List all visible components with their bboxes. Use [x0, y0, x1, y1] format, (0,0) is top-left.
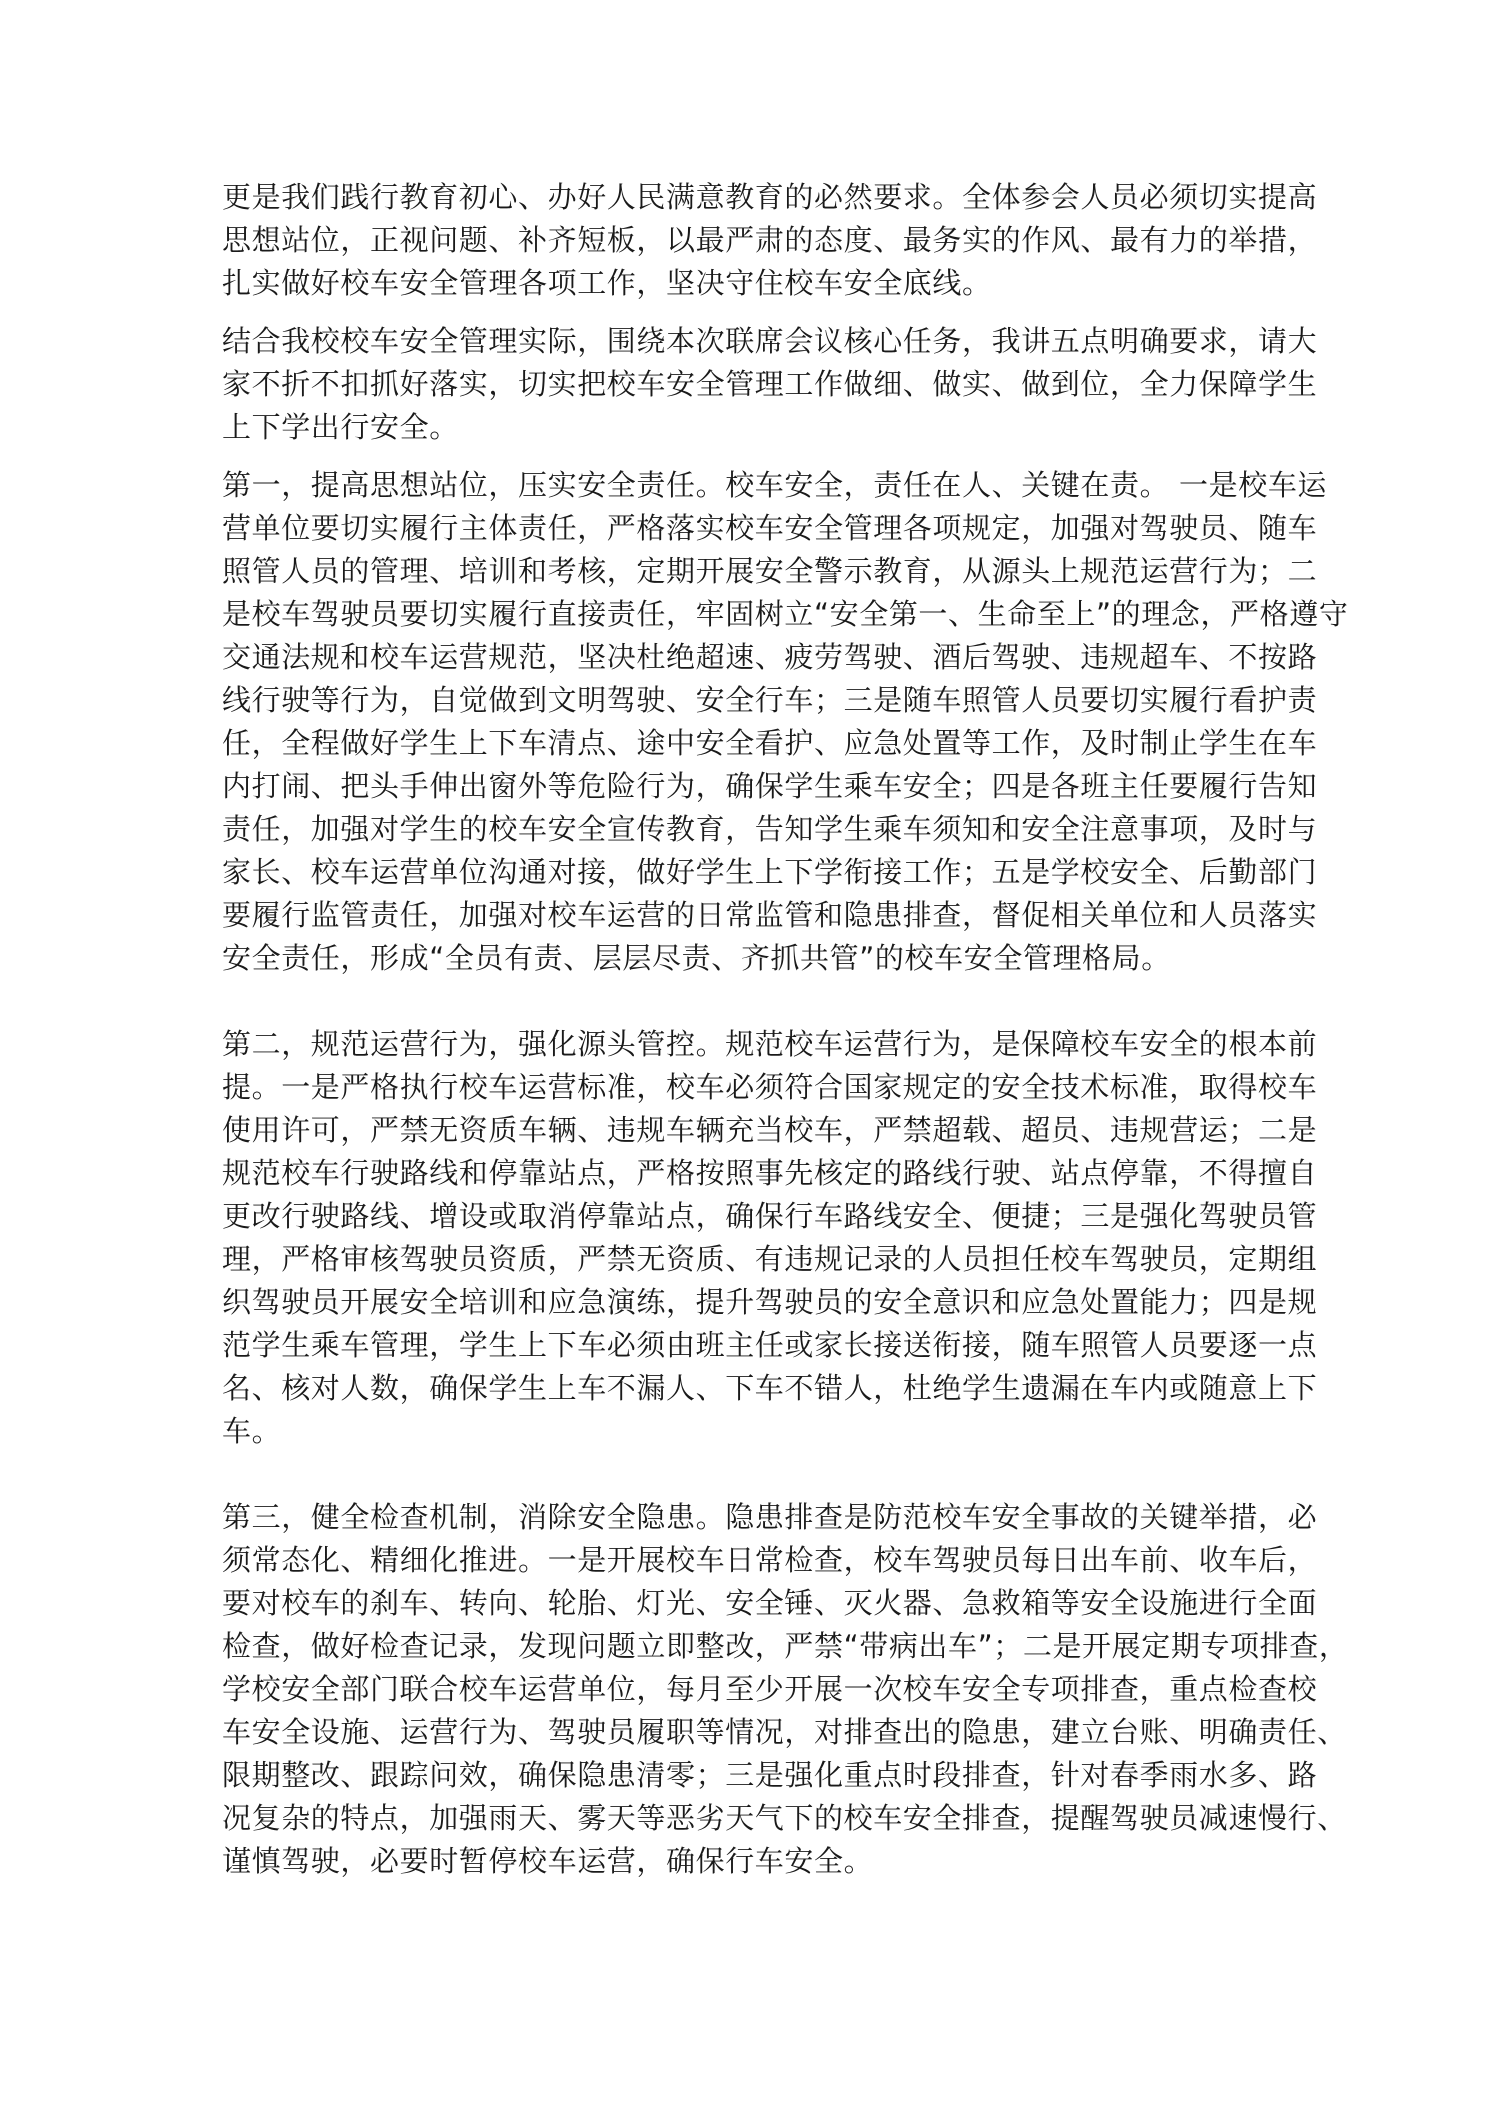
text-line: 要履行监管责任，加强对校车运营的日常监管和隐患排查，督促相关单位和人员落实: [222, 894, 1252, 937]
text-line: 家不折不扣抓好落实，切实把校车安全管理工作做细、做实、做到位，全力保障学生: [222, 363, 1252, 406]
text-line: 交通法规和校车运营规范，坚决杜绝超速、疲劳驾驶、酒后驾驶、违规超车、不按路: [222, 636, 1252, 679]
paragraph-spacer: [222, 1453, 1252, 1496]
text-line: 车安全设施、运营行为、驾驶员履职等情况，对排查出的隐患，建立台账、明确责任、: [222, 1711, 1252, 1754]
text-line: 是校车驾驶员要切实履行直接责任，牢固树立“安全第一、生命至上”的理念，严格遵守: [222, 593, 1252, 636]
paragraph-requirement-3: 第三，健全检查机制，消除安全隐患。隐患排查是防范校车安全事故的关键举措，必 须常…: [222, 1496, 1252, 1883]
text-line: 提。一是严格执行校车运营标准，校车必须符合国家规定的安全技术标准，取得校车: [222, 1066, 1252, 1109]
text-line: 任，全程做好学生上下车清点、途中安全看护、应急处置等工作，及时制止学生在车: [222, 722, 1252, 765]
paragraph-intro-conclusion: 更是我们践行教育初心、办好人民满意教育的必然要求。全体参会人员必须切实提高 思想…: [222, 176, 1252, 305]
text-line: 结合我校校车安全管理实际，围绕本次联席会议核心任务，我讲五点明确要求，请大: [222, 320, 1252, 363]
text-line: 学校安全部门联合校车运营单位，每月至少开展一次校车安全专项排查，重点检查校: [222, 1668, 1252, 1711]
text-line: 内打闹、把头手伸出窗外等危险行为，确保学生乘车安全；四是各班主任要履行告知: [222, 765, 1252, 808]
text-line: 须常态化、精细化推进。一是开展校车日常检查，校车驾驶员每日出车前、收车后，: [222, 1539, 1252, 1582]
paragraph-requirement-1: 第一，提高思想站位，压实安全责任。校车安全，责任在人、关键在责。 一是校车运 营…: [222, 464, 1252, 980]
paragraph-spacer: [222, 305, 1252, 320]
text-line: 更是我们践行教育初心、办好人民满意教育的必然要求。全体参会人员必须切实提高: [222, 176, 1252, 219]
text-line: 限期整改、跟踪问效，确保隐患清零；三是强化重点时段排查，针对春季雨水多、路: [222, 1754, 1252, 1797]
document-body: 更是我们践行教育初心、办好人民满意教育的必然要求。全体参会人员必须切实提高 思想…: [222, 176, 1252, 1883]
text-line: 营单位要切实履行主体责任，严格落实校车安全管理各项规定，加强对驾驶员、随车: [222, 507, 1252, 550]
text-line: 照管人员的管理、培训和考核，定期开展安全警示教育，从源头上规范运营行为；二: [222, 550, 1252, 593]
text-line: 安全责任，形成“全员有责、层层尽责、齐抓共管”的校车安全管理格局。: [222, 937, 1252, 980]
text-line: 第一，提高思想站位，压实安全责任。校车安全，责任在人、关键在责。 一是校车运: [222, 464, 1252, 507]
text-line: 范学生乘车管理，学生上下车必须由班主任或家长接送衔接，随车照管人员要逐一点: [222, 1324, 1252, 1367]
text-line: 使用许可，严禁无资质车辆、违规车辆充当校车，严禁超载、超员、违规营运；二是: [222, 1109, 1252, 1152]
text-line: 织驾驶员开展安全培训和应急演练，提升驾驶员的安全意识和应急处置能力；四是规: [222, 1281, 1252, 1324]
text-line: 上下学出行安全。: [222, 406, 1252, 449]
text-line: 谨慎驾驶，必要时暂停校车运营，确保行车安全。: [222, 1840, 1252, 1883]
text-line: 思想站位，正视问题、补齐短板，以最严肃的态度、最务实的作风、最有力的举措，: [222, 219, 1252, 262]
text-line: 责任，加强对学生的校车安全宣传教育，告知学生乘车须知和安全注意事项，及时与: [222, 808, 1252, 851]
text-line: 检查，做好检查记录，发现问题立即整改，严禁“带病出车”；二是开展定期专项排查，: [222, 1625, 1252, 1668]
text-line: 要对校车的刹车、转向、轮胎、灯光、安全锤、灭火器、急救箱等安全设施进行全面: [222, 1582, 1252, 1625]
paragraph-five-requirements-intro: 结合我校校车安全管理实际，围绕本次联席会议核心任务，我讲五点明确要求，请大 家不…: [222, 320, 1252, 449]
text-line: 第三，健全检查机制，消除安全隐患。隐患排查是防范校车安全事故的关键举措，必: [222, 1496, 1252, 1539]
text-line: 名、核对人数，确保学生上车不漏人、下车不错人，杜绝学生遗漏在车内或随意上下: [222, 1367, 1252, 1410]
text-line: 扎实做好校车安全管理各项工作，坚决守住校车安全底线。: [222, 262, 1252, 305]
text-line: 家长、校车运营单位沟通对接，做好学生上下学衔接工作；五是学校安全、后勤部门: [222, 851, 1252, 894]
document-page: 更是我们践行教育初心、办好人民满意教育的必然要求。全体参会人员必须切实提高 思想…: [0, 0, 1493, 2112]
text-line: 规范校车行驶路线和停靠站点，严格按照事先核定的路线行驶、站点停靠，不得擅自: [222, 1152, 1252, 1195]
text-line: 车。: [222, 1410, 1252, 1453]
paragraph-spacer: [222, 980, 1252, 1023]
text-line: 理，严格审核驾驶员资质，严禁无资质、有违规记录的人员担任校车驾驶员，定期组: [222, 1238, 1252, 1281]
text-line: 第二，规范运营行为，强化源头管控。规范校车运营行为，是保障校车安全的根本前: [222, 1023, 1252, 1066]
paragraph-requirement-2: 第二，规范运营行为，强化源头管控。规范校车运营行为，是保障校车安全的根本前 提。…: [222, 1023, 1252, 1453]
text-line: 线行驶等行为，自觉做到文明驾驶、安全行车；三是随车照管人员要切实履行看护责: [222, 679, 1252, 722]
text-line: 更改行驶路线、增设或取消停靠站点，确保行车路线安全、便捷；三是强化驾驶员管: [222, 1195, 1252, 1238]
text-line: 况复杂的特点，加强雨天、雾天等恶劣天气下的校车安全排查，提醒驾驶员减速慢行、: [222, 1797, 1252, 1840]
paragraph-spacer: [222, 449, 1252, 464]
